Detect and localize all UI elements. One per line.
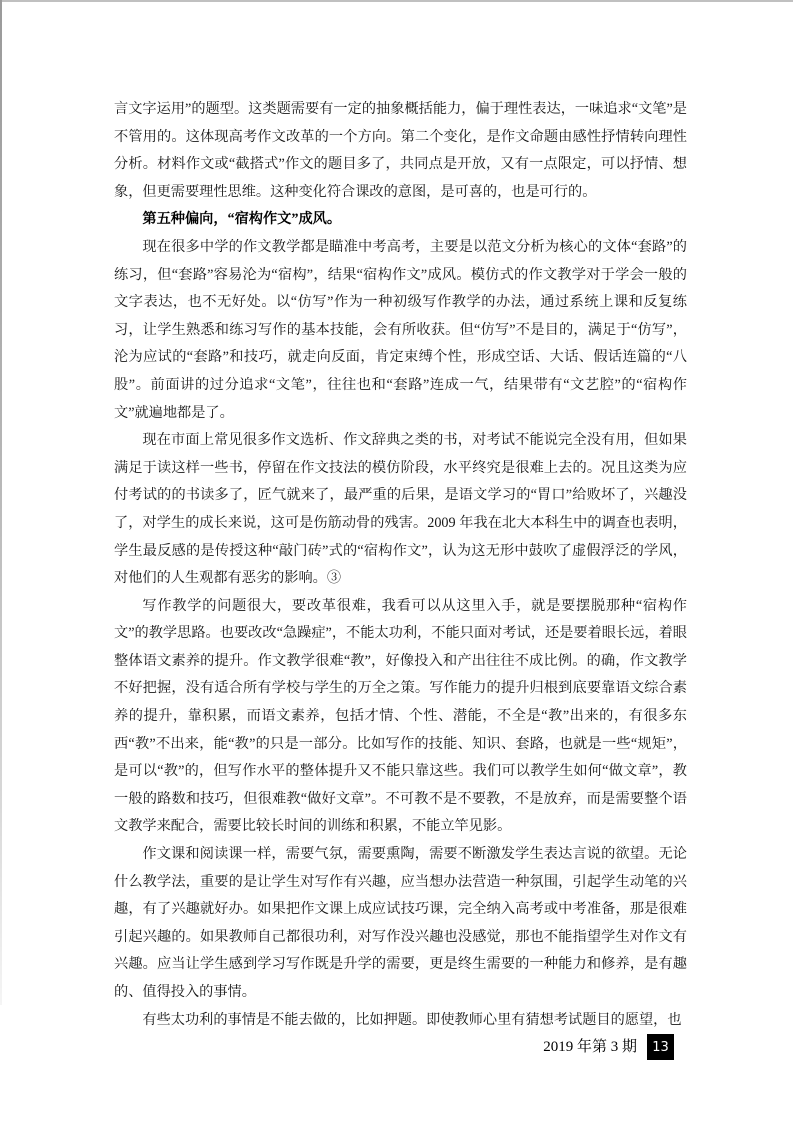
journal-issue-label: 2019 年第 3 期 (543, 1034, 637, 1060)
body-paragraph: 现在很多中学的作文教学都是瞄准中考高考，主要是以范文分析为核心的文体“套路”的练… (114, 234, 687, 427)
body-paragraph: 有些太功利的事情是不能去做的，比如押题。即使教师心里有猜想考试题目的愿望，也 (114, 1007, 687, 1035)
section-heading: 第五种偏向，“宿构作文”成风。 (114, 206, 687, 234)
scan-edge-top-line (0, 0, 793, 2)
page-number-badge: 13 (647, 1034, 674, 1060)
body-paragraph: 写作教学的问题很大，要改革很难，我看可以从这里入手，就是要摆脱那种“宿构作文”的… (114, 593, 687, 841)
body-paragraph: 现在市面上常见很多作文选析、作文辞典之类的书，对考试不能说完全没有用，但如果满足… (114, 427, 687, 593)
body-paragraph: 作文课和阅读课一样，需要气氛，需要熏陶，需要不断激发学生表达言说的欲望。无论什么… (114, 841, 687, 1007)
article-text-block: 言文字运用”的题型。这类题需要有一定的抽象概括能力，偏于理性表达，一味追求“文笔… (114, 96, 687, 1034)
body-paragraph: 言文字运用”的题型。这类题需要有一定的抽象概括能力，偏于理性表达，一味追求“文笔… (114, 96, 687, 206)
scan-edge-left-line (0, 0, 2, 1005)
page-footer: 2019 年第 3 期 13 (543, 1034, 674, 1060)
document-page: 言文字运用”的题型。这类题需要有一定的抽象概括能力，偏于理性表达，一味追求“文笔… (0, 0, 793, 1122)
